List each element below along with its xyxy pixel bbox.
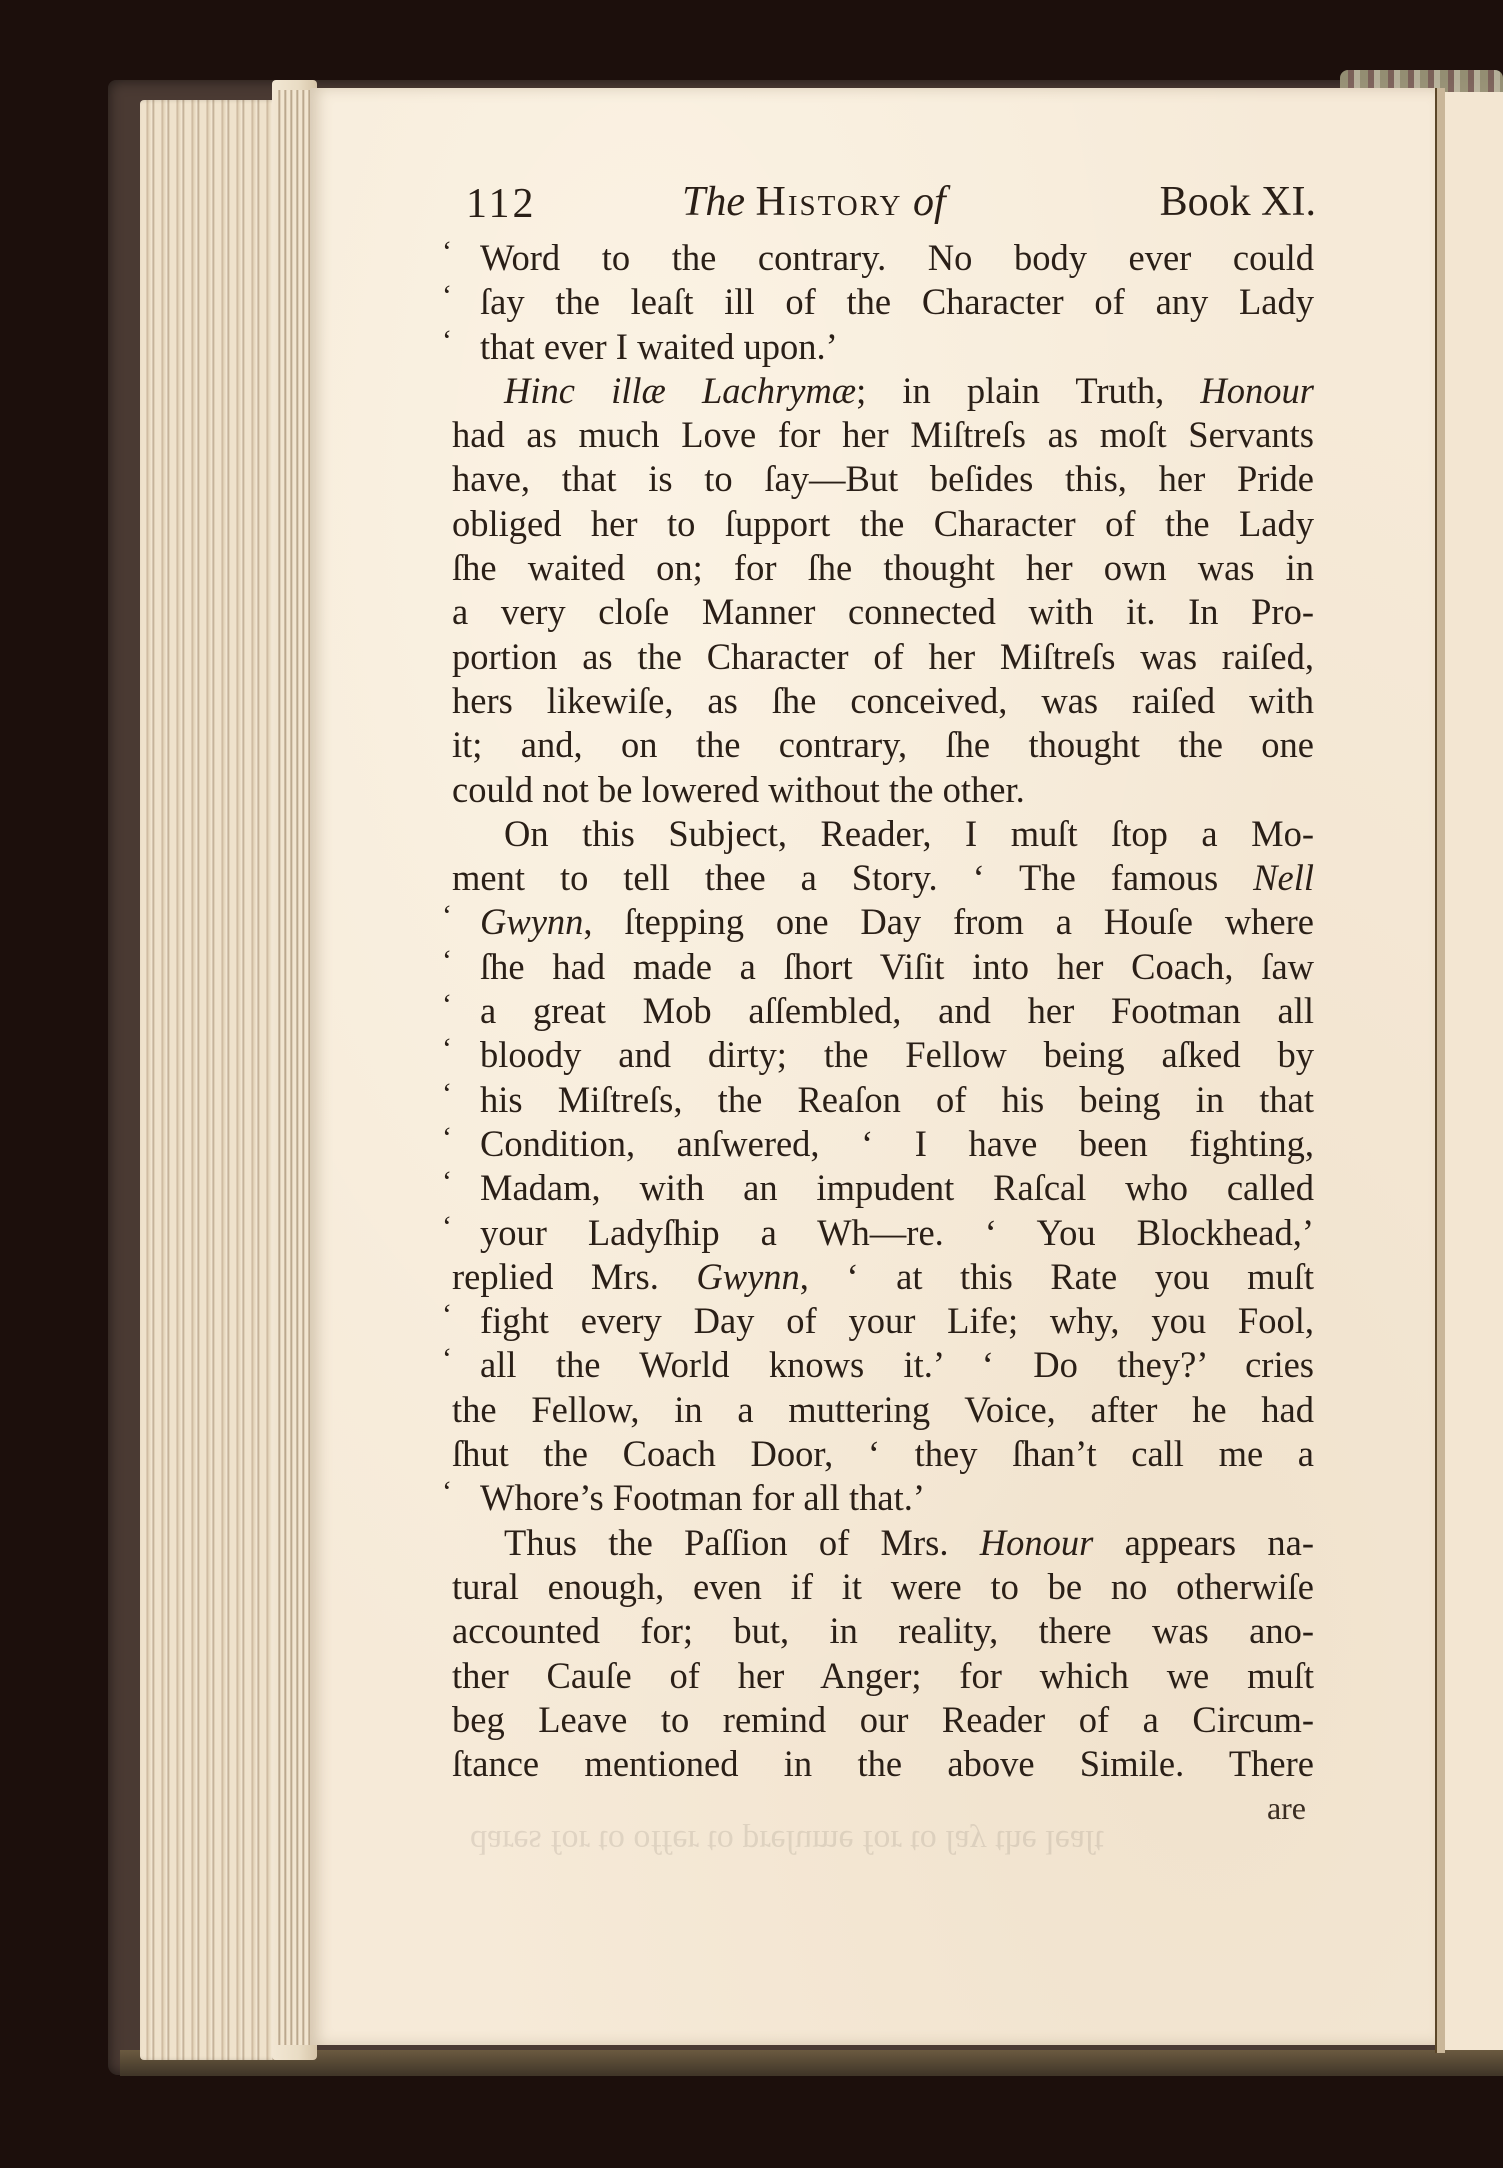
text-line: it; and, on the contrary, ſhe thought th… [452,723,1314,767]
text-line: have, that is to ſay—But beſides this, h… [452,457,1314,501]
text-line: beg Leave to remind our Reader of a Circ… [452,1698,1314,1742]
book-number: Book XI. [1160,178,1316,226]
text-line: hers likewiſe, as ſhe conceived, was rai… [452,679,1314,723]
text-line: Whore’s Footman for all that.’ [452,1476,1314,1520]
page-text-block: 112 The History of Book XI. Word to the … [452,176,1314,1827]
text-line: that ever I waited upon.’ [452,325,1314,369]
text-line: bloody and dirty; the Fellow being aſked… [452,1033,1314,1077]
text-line: could not be lowered without the other. [452,768,1314,812]
page-edges [275,90,315,2045]
text-line: ſtance mentioned in the above Simile. Th… [452,1742,1314,1786]
text-line: obliged her to ſupport the Character of … [452,502,1314,546]
running-head: 112 The History of Book XI. [452,176,1314,236]
book-gutter [1435,88,1445,2053]
text-line: a great Mob aſſembled, and her Footman a… [452,989,1314,1033]
text-line: ſhut the Coach Door, ‘ they ſhan’t call … [452,1432,1314,1476]
text-line: your Ladyſhip a Wh—re. ‘ You Blockhead,’ [452,1211,1314,1255]
catchword: are [452,1790,1314,1827]
text-line: On this Subject, Reader, I muſt ſtop a M… [452,812,1314,856]
text-line: ſhe had made a ſhort Viſit into her Coac… [452,945,1314,989]
running-title: The History of [682,178,946,226]
running-title-of: of [913,179,946,225]
text-line: fight every Day of your Life; why, you F… [452,1299,1314,1343]
facing-page-edge [1445,92,1503,2050]
text-line: all the World knows it.’ ‘ Do they?’ cri… [452,1343,1314,1387]
text-line: Word to the contrary. No body ever could [452,236,1314,280]
running-title-history: History [756,179,903,225]
text-line: accounted for; but, in reality, there wa… [452,1609,1314,1653]
text-line: the Fellow, in a muttering Voice, after … [452,1388,1314,1432]
text-line: ſay the leaſt ill of the Character of an… [452,280,1314,324]
text-line: Condition, anſwered, ‘ I have been fight… [452,1122,1314,1166]
text-line: his Miſtreſs, the Reaſon of his being in… [452,1078,1314,1122]
text-line: Gwynn, ſtepping one Day from a Houſe whe… [452,900,1314,944]
book-cover-bottom-edge [120,2050,1503,2076]
text-line: ſhe waited on; for ſhe thought her own w… [452,546,1314,590]
text-line: ment to tell thee a Story. ‘ The famous … [452,856,1314,900]
page-number: 112 [466,180,536,228]
text-line: Hinc illæ Lachrymæ; in plain Truth, Hono… [452,369,1314,413]
text-line: Thus the Paſſion of Mrs. Honour appears … [452,1521,1314,1565]
text-line: tural enough, even if it were to be no o… [452,1565,1314,1609]
text-line: ther Cauſe of her Anger; for which we mu… [452,1654,1314,1698]
text-line: a very cloſe Manner connected with it. I… [452,590,1314,634]
text-line: had as much Love for her Miſtreſs as moſ… [452,413,1314,457]
text-line: replied Mrs. Gwynn, ‘ at this Rate you m… [452,1255,1314,1299]
text-line: Madam, with an impudent Raſcal who calle… [452,1166,1314,1210]
text-line: portion as the Character of her Miſtreſs… [452,635,1314,679]
running-title-the: The [682,179,745,225]
